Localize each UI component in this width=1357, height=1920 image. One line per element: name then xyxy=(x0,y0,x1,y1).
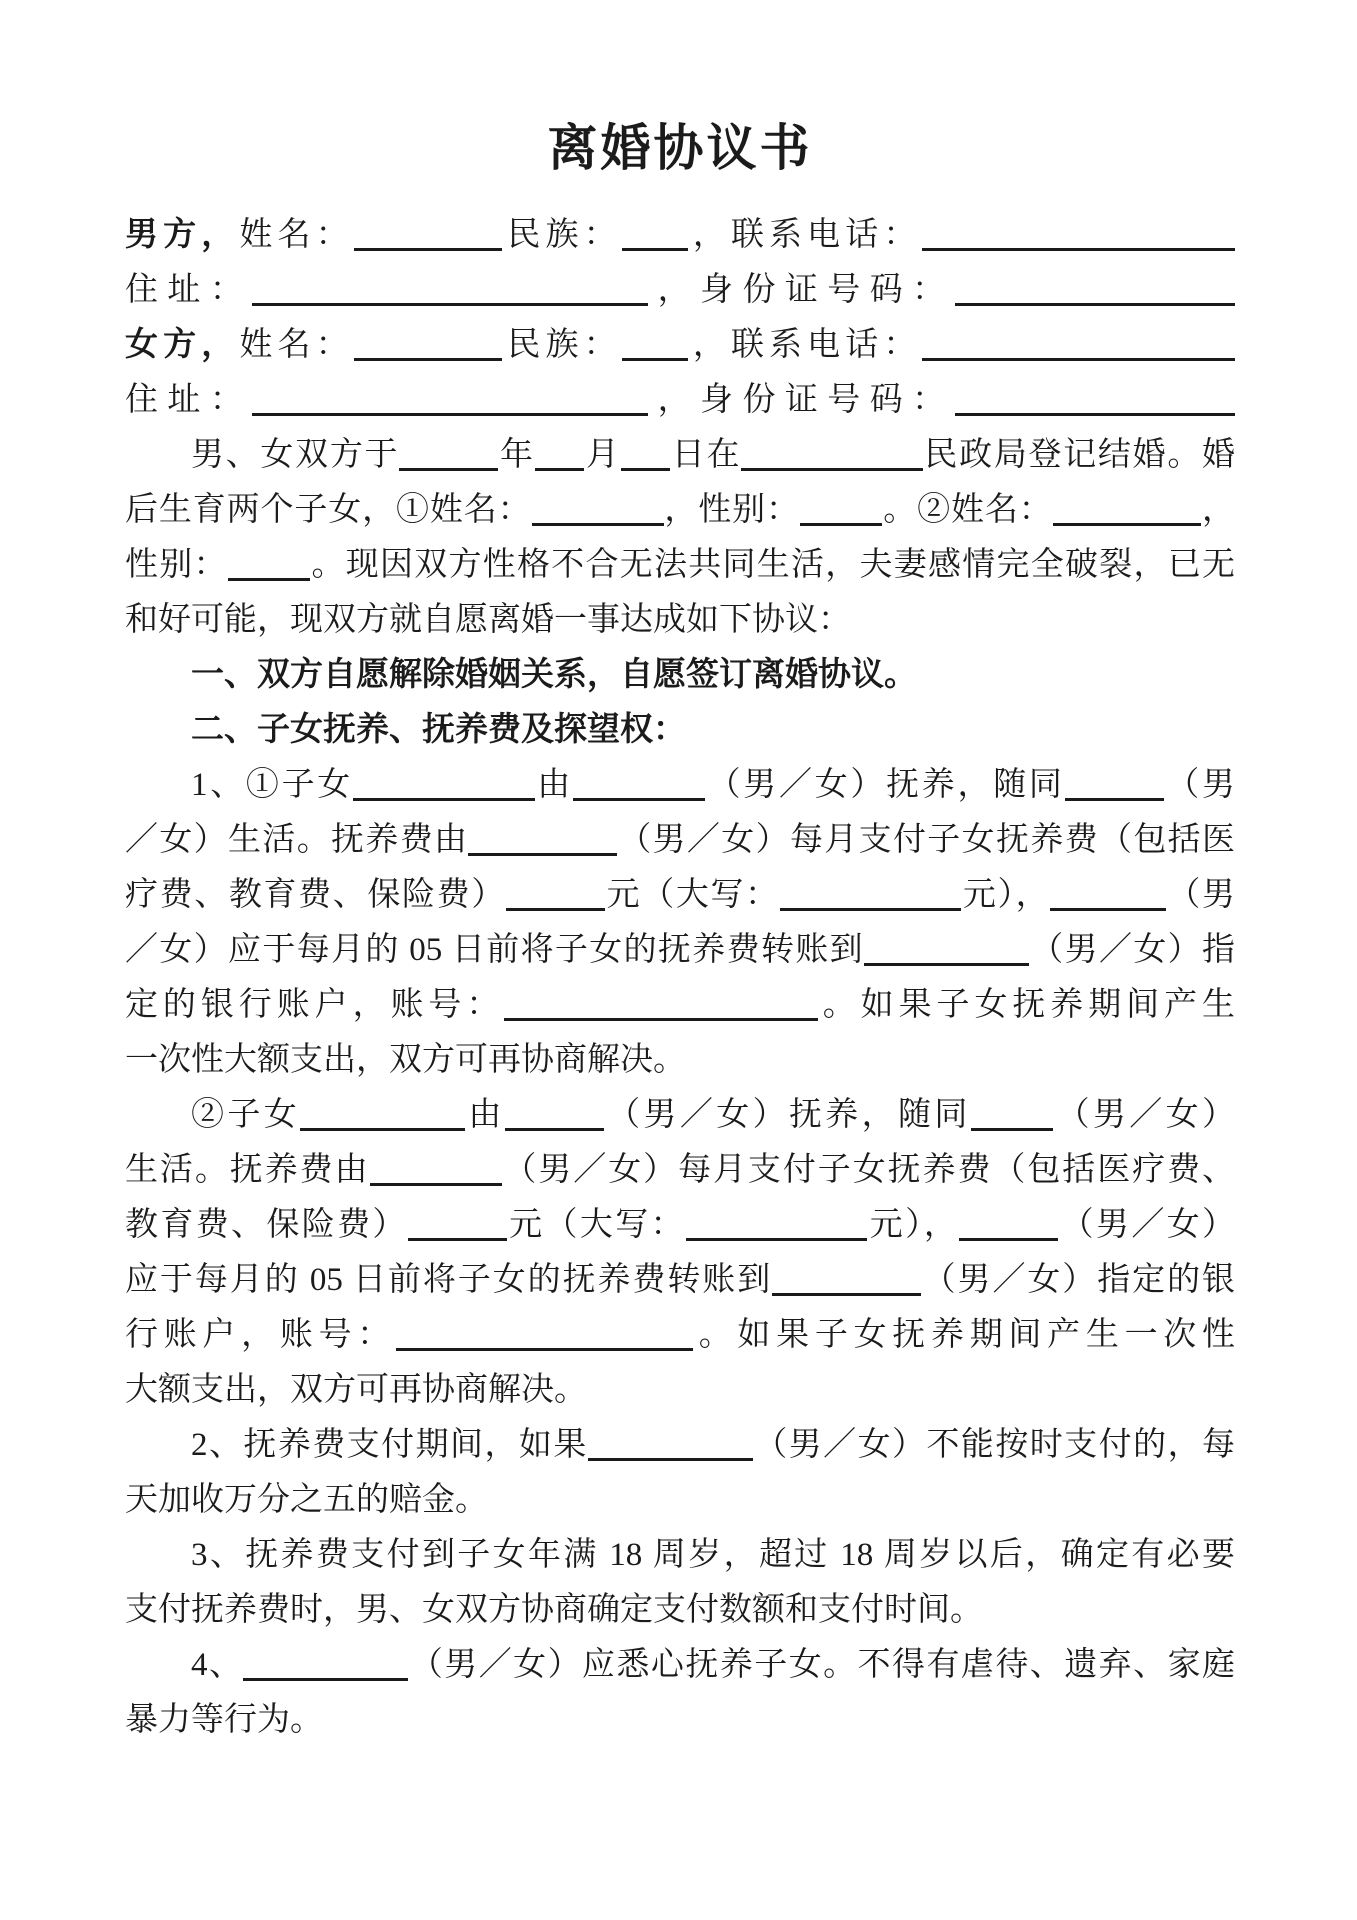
blank-field[interactable] xyxy=(396,1340,693,1351)
document-line: 2、抚养费支付期间，如果（男／女）不能按时支付的，每 xyxy=(125,1418,1235,1473)
document-line: 二、子女抚养、抚养费及探望权： xyxy=(125,703,1235,758)
text-segment: 行账户，账号： xyxy=(125,1317,396,1353)
blank-field[interactable] xyxy=(971,1120,1054,1131)
blank-field[interactable] xyxy=(228,570,311,581)
text-segment: 3、抚养费支付到子女年满 18 周岁，超过 18 周岁以后，确定有必要 xyxy=(191,1537,1235,1573)
text-segment: 大额支出，双方可再协商解决。 xyxy=(125,1372,587,1408)
blank-field[interactable] xyxy=(535,460,585,471)
document-line: 1、①子女由（男／女）抚养，随同（男 xyxy=(125,758,1235,813)
text-segment: 性别： xyxy=(125,547,228,583)
document-page: 离婚协议书 男方，姓名：民族：，联系电话：住址：，身份证号码：女方，姓名：民族：… xyxy=(0,0,1357,1920)
document-line: 大额支出，双方可再协商解决。 xyxy=(125,1363,1235,1418)
text-segment: 。如果子女抚养期间产生 xyxy=(818,987,1235,1023)
text-segment: （男／女） xyxy=(1053,1097,1235,1133)
blank-field[interactable] xyxy=(408,1230,507,1241)
text-segment: ，身份证号码： xyxy=(648,382,954,418)
blank-field[interactable] xyxy=(922,240,1236,251)
text-segment: ／女）应于每月的 05 日前将子女的抚养费转账到 xyxy=(125,932,864,968)
document-line: ／女）生活。抚养费由（男／女）每月支付子女抚养费（包括医 xyxy=(125,813,1235,868)
document-line: 应于每月的 05 日前将子女的抚养费转账到（男／女）指定的银 xyxy=(125,1253,1235,1308)
text-segment: （男／女）每月支付子女抚养费（包括医 xyxy=(617,822,1235,858)
blank-field[interactable] xyxy=(955,295,1236,306)
blank-field[interactable] xyxy=(354,350,503,361)
document-line: 疗费、教育费、保险费）元（大写：元），（男 xyxy=(125,868,1235,923)
text-segment: 一次性大额支出，双方可再协商解决。 xyxy=(125,1042,686,1078)
document-line: 住址：，身份证号码： xyxy=(125,263,1235,318)
document-line: ／女）应于每月的 05 日前将子女的抚养费转账到（男／女）指 xyxy=(125,923,1235,978)
blank-field[interactable] xyxy=(1065,790,1164,801)
document-line: 支付抚养费时，男、女双方协商确定支付数额和支付时间。 xyxy=(125,1583,1235,1638)
document-title: 离婚协议书 xyxy=(125,118,1235,178)
text-segment: 2、抚养费支付期间，如果 xyxy=(191,1427,588,1463)
blank-field[interactable] xyxy=(959,1230,1058,1241)
blank-field[interactable] xyxy=(1053,515,1202,526)
document-line: 性别：。现因双方性格不合无法共同生活，夫妻感情完全破裂，已无 xyxy=(125,538,1235,593)
text-segment: 住址： xyxy=(125,272,252,308)
text-segment: 元）， xyxy=(961,877,1050,913)
blank-field[interactable] xyxy=(800,515,883,526)
text-segment: 姓名： xyxy=(239,217,353,253)
document-line: 暴力等行为。 xyxy=(125,1693,1235,1748)
text-segment: 1、①子女 xyxy=(191,767,353,803)
blank-field[interactable] xyxy=(686,1230,868,1241)
document-line: 女方，姓名：民族：，联系电话： xyxy=(125,318,1235,373)
text-segment: 。现因双方性格不合无法共同生活，夫妻感情完全破裂，已无 xyxy=(310,547,1235,583)
text-segment: 天加收万分之五的赔金。 xyxy=(125,1482,488,1518)
blank-field[interactable] xyxy=(622,350,688,361)
text-segment: 。②姓名： xyxy=(882,492,1052,528)
text-segment: ，身份证号码： xyxy=(648,272,954,308)
text-segment: （男／女）应悉心抚养子女。不得有虐待、遗弃、家庭 xyxy=(408,1647,1235,1683)
document-line: 教育费、保险费）元（大写：元），（男／女） xyxy=(125,1198,1235,1253)
document-line: 住址：，身份证号码： xyxy=(125,373,1235,428)
text-segment: ， xyxy=(1201,492,1235,528)
blank-field[interactable] xyxy=(780,900,962,911)
text-segment: ／女）生活。抚养费由 xyxy=(125,822,468,858)
text-segment: （男／女）指 xyxy=(1029,932,1235,968)
text-segment: 和好可能，现双方就自愿离婚一事达成如下协议： xyxy=(125,602,851,638)
document-line: 4、（男／女）应悉心抚养子女。不得有虐待、遗弃、家庭 xyxy=(125,1638,1235,1693)
text-segment: 应于每月的 05 日前将子女的抚养费转账到 xyxy=(125,1262,772,1298)
document-line: 男、女双方于年月日在民政局登记结婚。婚 xyxy=(125,428,1235,483)
text-segment: 定的银行账户，账号： xyxy=(125,987,504,1023)
document-line: 定的银行账户，账号：。如果子女抚养期间产生 xyxy=(125,978,1235,1033)
blank-field[interactable] xyxy=(399,460,498,471)
blank-field[interactable] xyxy=(532,515,664,526)
text-segment: ，性别： xyxy=(664,492,800,528)
blank-field[interactable] xyxy=(505,1120,604,1131)
text-segment: ，联系电话： xyxy=(688,327,922,363)
blank-field[interactable] xyxy=(573,790,705,801)
document-body: 男方，姓名：民族：，联系电话：住址：，身份证号码：女方，姓名：民族：，联系电话：… xyxy=(125,208,1235,1748)
text-segment: 4、 xyxy=(191,1647,243,1683)
document-line: 和好可能，现双方就自愿离婚一事达成如下协议： xyxy=(125,593,1235,648)
text-segment: （男／女） xyxy=(1058,1207,1235,1243)
blank-field[interactable] xyxy=(955,405,1236,416)
document-line: 天加收万分之五的赔金。 xyxy=(125,1473,1235,1528)
text-segment: ②子女 xyxy=(191,1097,300,1133)
blank-field[interactable] xyxy=(622,240,688,251)
blank-field[interactable] xyxy=(243,1670,408,1681)
text-segment: （男 xyxy=(1166,877,1235,913)
blank-field[interactable] xyxy=(252,295,648,306)
document-line: 生活。抚养费由（男／女）每月支付子女抚养费（包括医疗费、 xyxy=(125,1143,1235,1198)
document-line: 后生育两个子女，①姓名：，性别：。②姓名：， xyxy=(125,483,1235,538)
text-segment: 一、双方自愿解除婚姻关系，自愿签订离婚协议。 xyxy=(191,657,917,693)
text-segment: 由 xyxy=(465,1097,505,1133)
text-segment: 男方， xyxy=(125,217,239,253)
blank-field[interactable] xyxy=(741,460,923,471)
document-line: 男方，姓名：民族：，联系电话： xyxy=(125,208,1235,263)
blank-field[interactable] xyxy=(300,1120,465,1131)
text-segment: ，联系电话： xyxy=(688,217,922,253)
blank-field[interactable] xyxy=(506,900,605,911)
text-segment: 姓名： xyxy=(239,327,353,363)
text-segment: 住址： xyxy=(125,382,252,418)
text-segment: （男／女）指定的银 xyxy=(921,1262,1235,1298)
text-segment: 日在 xyxy=(670,437,741,473)
text-segment: 。如果子女抚养期间产生一次性 xyxy=(693,1317,1235,1353)
text-segment: （男／女）每月支付子女抚养费（包括医疗费、 xyxy=(502,1152,1236,1188)
blank-field[interactable] xyxy=(621,460,671,471)
text-segment: （男／女）抚养，随同 xyxy=(705,767,1065,803)
document-line: 一次性大额支出，双方可再协商解决。 xyxy=(125,1033,1235,1088)
text-segment: 民族： xyxy=(502,327,621,363)
text-segment: （男 xyxy=(1164,767,1235,803)
text-segment: （男／女）抚养，随同 xyxy=(604,1097,971,1133)
text-segment: 元（大写： xyxy=(605,877,780,913)
text-segment: 月 xyxy=(584,437,620,473)
blank-field[interactable] xyxy=(252,405,648,416)
text-segment: 后生育两个子女，①姓名： xyxy=(125,492,532,528)
blank-field[interactable] xyxy=(772,1285,921,1296)
text-segment: 暴力等行为。 xyxy=(125,1702,323,1738)
text-segment: 民政局登记结婚。婚 xyxy=(923,437,1235,473)
text-segment: 元）， xyxy=(867,1207,959,1243)
text-segment: 生活。抚养费由 xyxy=(125,1152,370,1188)
text-segment: 疗费、教育费、保险费） xyxy=(125,877,506,913)
blank-field[interactable] xyxy=(468,845,617,856)
blank-field[interactable] xyxy=(922,350,1236,361)
document-line: ②子女由（男／女）抚养，随同（男／女） xyxy=(125,1088,1235,1143)
document-line: 3、抚养费支付到子女年满 18 周岁，超过 18 周岁以后，确定有必要 xyxy=(125,1528,1235,1583)
document-line: 一、双方自愿解除婚姻关系，自愿签订离婚协议。 xyxy=(125,648,1235,703)
text-segment: 男、女双方于 xyxy=(191,437,399,473)
blank-field[interactable] xyxy=(353,790,535,801)
blank-field[interactable] xyxy=(588,1450,753,1461)
blank-field[interactable] xyxy=(370,1175,502,1186)
text-segment: 元（大写： xyxy=(507,1207,686,1243)
text-segment: 二、子女抚养、抚养费及探望权： xyxy=(191,712,686,748)
text-segment: 支付抚养费时，男、女双方协商确定支付数额和支付时间。 xyxy=(125,1592,983,1628)
text-segment: （男／女）不能按时支付的，每 xyxy=(753,1427,1235,1463)
text-segment: 民族： xyxy=(502,217,621,253)
blank-field[interactable] xyxy=(504,1010,818,1021)
text-segment: 教育费、保险费） xyxy=(125,1207,408,1243)
text-segment: 女方， xyxy=(125,327,239,363)
blank-field[interactable] xyxy=(864,955,1029,966)
blank-field[interactable] xyxy=(1050,900,1166,911)
text-segment: 由 xyxy=(535,767,573,803)
text-segment: 年 xyxy=(498,437,534,473)
document-line: 行账户，账号：。如果子女抚养期间产生一次性 xyxy=(125,1308,1235,1363)
blank-field[interactable] xyxy=(354,240,503,251)
